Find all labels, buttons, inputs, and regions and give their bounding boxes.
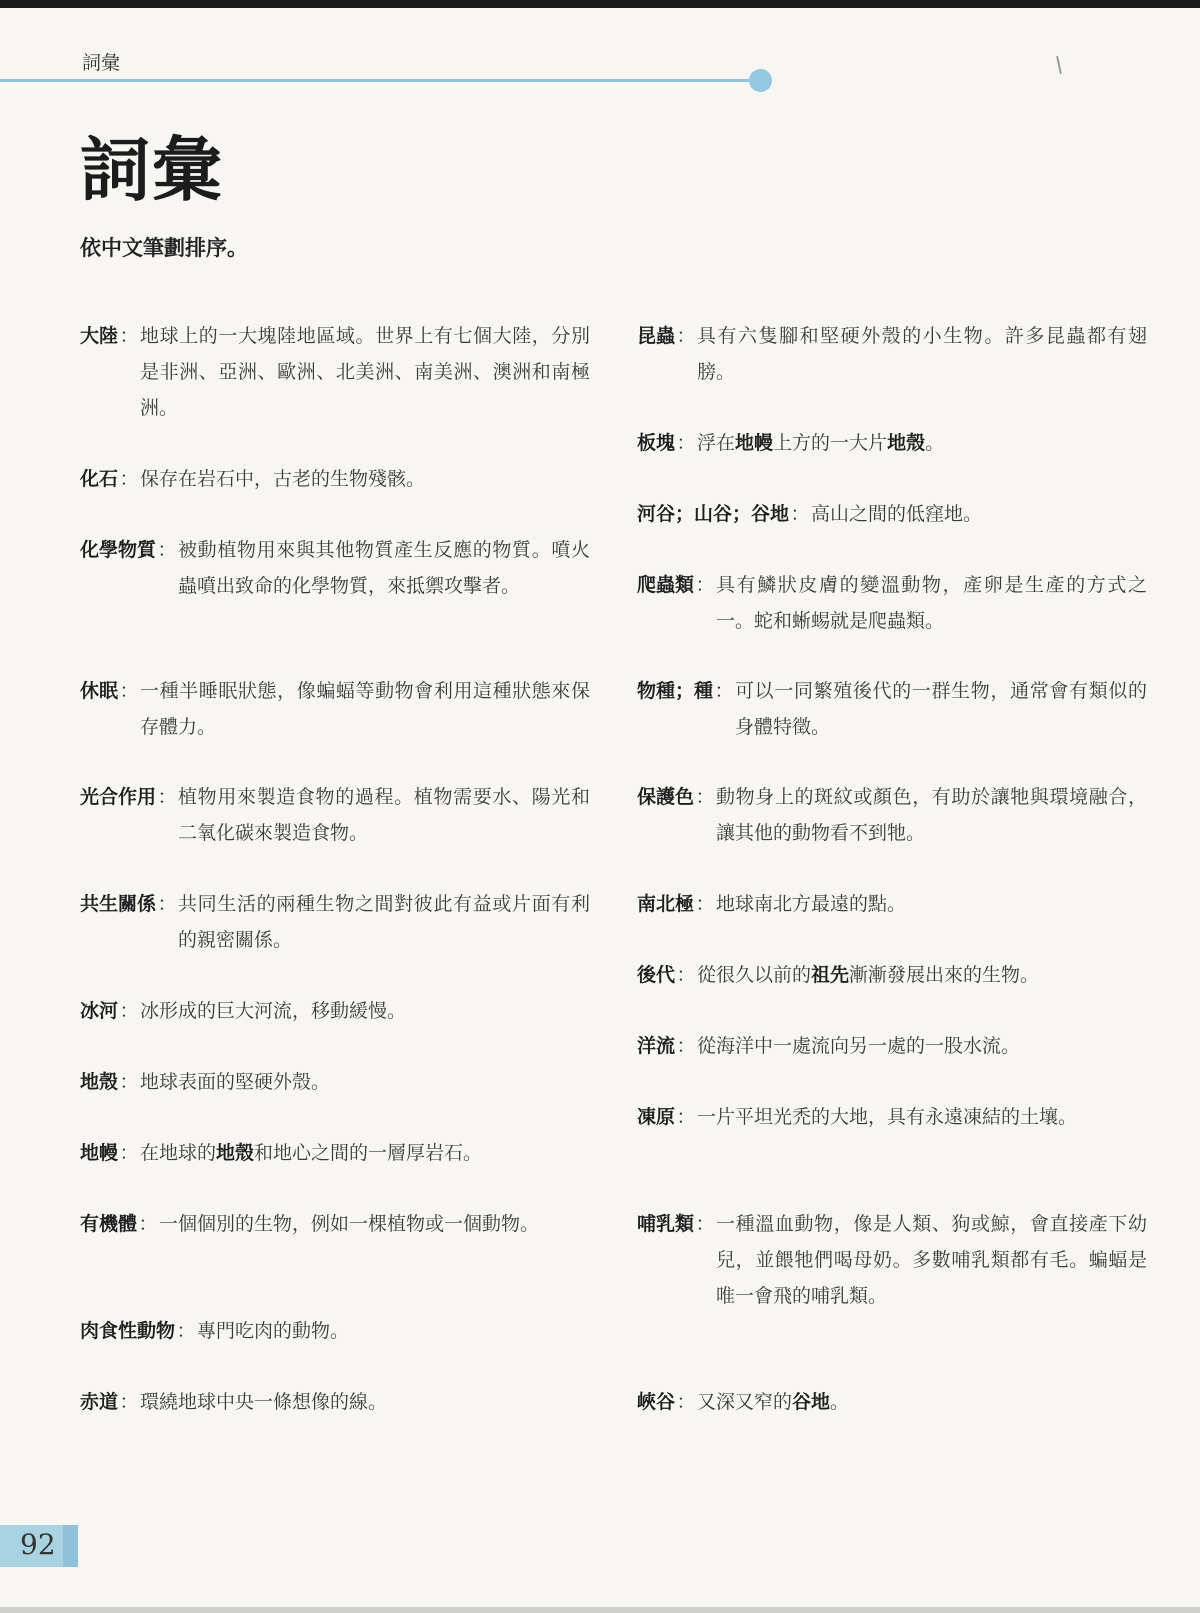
glossary-entry: 峽谷 ： 又深又窄的谷地。 <box>637 1384 1147 1420</box>
separator: ： <box>118 318 140 354</box>
page-number: 92 <box>20 1528 56 1561</box>
separator: ： <box>713 673 735 709</box>
glossary-term: 爬蟲類 <box>637 567 694 603</box>
glossary-definition: 在地球的地殼和地心之間的一層厚岩石。 <box>140 1135 590 1171</box>
glossary-definition: 一片平坦光禿的大地，具有永遠凍結的土壤。 <box>697 1099 1147 1135</box>
glossary-definition: 高山之間的低窪地。 <box>811 496 1147 532</box>
glossary-term: 赤道 <box>80 1384 118 1420</box>
glossary-term: 大陸 <box>80 318 118 354</box>
separator: ： <box>675 1384 697 1420</box>
glossary-entry: 洋流 ： 從海洋中一處流向另一處的一股水流。 <box>637 1028 1147 1064</box>
scan-bottom-edge <box>0 1607 1200 1613</box>
glossary-entry: 有機體 ： 一個個別的生物，例如一棵植物或一個動物。 <box>80 1206 590 1242</box>
sort-order-note: 依中文筆劃排序。 <box>80 232 248 262</box>
separator: ： <box>118 1064 140 1100</box>
glossary-entry: 冰河 ： 冰形成的巨大河流，移動緩慢。 <box>80 993 590 1029</box>
glossary-term: 休眠 <box>80 673 118 709</box>
glossary-term: 有機體 <box>80 1206 137 1242</box>
glossary-definition: 一種溫血動物，像是人類、狗或鯨，會直接產下幼兒，並餵牠們喝母奶。多數哺乳類都有毛… <box>716 1206 1147 1314</box>
glossary-definition: 保存在岩石中，古老的生物殘骸。 <box>140 461 590 497</box>
glossary-definition: 地球上的一大塊陸地區域。世界上有七個大陸，分別是非洲、亞洲、歐洲、北美洲、南美洲… <box>140 318 590 426</box>
glossary-definition: 一種半睡眠狀態，像蝙蝠等動物會利用這種狀態來保存體力。 <box>140 673 590 745</box>
glossary-term: 物種；種 <box>637 673 713 709</box>
glossary-term: 哺乳類 <box>637 1206 694 1242</box>
separator: ： <box>156 886 178 922</box>
glossary-term: 峽谷 <box>637 1384 675 1420</box>
separator: ： <box>694 1206 716 1242</box>
glossary-definition: 具有鱗狀皮膚的變溫動物，產卵是生產的方式之一。蛇和蜥蜴就是爬蟲類。 <box>716 567 1147 639</box>
glossary-entry: 地殼 ： 地球表面的堅硬外殼。 <box>80 1064 590 1100</box>
glossary-definition: 一個個別的生物，例如一棵植物或一個動物。 <box>159 1206 590 1242</box>
glossary-term: 河谷；山谷；谷地 <box>637 496 789 532</box>
glossary-definition: 專門吃肉的動物。 <box>197 1313 590 1349</box>
glossary-term: 南北極 <box>637 886 694 922</box>
separator: ： <box>675 425 697 461</box>
separator: ： <box>789 496 811 532</box>
glossary-entry: 化石 ： 保存在岩石中，古老的生物殘骸。 <box>80 461 590 497</box>
separator: ： <box>118 1384 140 1420</box>
separator: ： <box>137 1206 159 1242</box>
separator: ： <box>156 532 178 568</box>
glossary-entry: 赤道 ： 環繞地球中央一條想像的線。 <box>80 1384 590 1420</box>
glossary-definition: 環繞地球中央一條想像的線。 <box>140 1384 590 1420</box>
page-number-tab: 92 <box>0 1525 78 1567</box>
scan-top-edge <box>0 0 1200 8</box>
glossary-definition: 動物身上的斑紋或顏色，有助於讓牠與環境融合，讓其他的動物看不到牠。 <box>716 779 1147 851</box>
glossary-entry: 河谷；山谷；谷地 ： 高山之間的低窪地。 <box>637 496 1147 532</box>
glossary-term: 化學物質 <box>80 532 156 568</box>
glossary-term: 地殼 <box>80 1064 118 1100</box>
glossary-entry: 物種；種 ： 可以一同繁殖後代的一群生物，通常會有類似的身體特徵。 <box>637 673 1147 745</box>
glossary-entry: 休眠 ： 一種半睡眠狀態，像蝙蝠等動物會利用這種狀態來保存體力。 <box>80 673 590 745</box>
cross-reference-term: 地殼 <box>216 1142 254 1164</box>
glossary-term: 地幔 <box>80 1135 118 1171</box>
glossary-definition: 共同生活的兩種生物之間對彼此有益或片面有利的親密關係。 <box>178 886 590 958</box>
glossary-entry: 共生關係 ： 共同生活的兩種生物之間對彼此有益或片面有利的親密關係。 <box>80 886 590 958</box>
separator: ： <box>675 1028 697 1064</box>
separator: ： <box>118 673 140 709</box>
glossary-term: 凍原 <box>637 1099 675 1135</box>
glossary-definition: 從海洋中一處流向另一處的一股水流。 <box>697 1028 1147 1064</box>
glossary-definition: 地球南北方最遠的點。 <box>716 886 1147 922</box>
glossary-term: 板塊 <box>637 425 675 461</box>
glossary-term: 光合作用 <box>80 779 156 815</box>
glossary-entry: 化學物質 ： 被動植物用來與其他物質產生反應的物質。噴火蟲噴出致命的化學物質，來… <box>80 532 590 604</box>
glossary-term: 冰河 <box>80 993 118 1029</box>
cross-reference-term: 地殼 <box>887 432 925 454</box>
glossary-definition: 具有六隻腳和堅硬外殼的小生物。許多昆蟲都有翅膀。 <box>697 318 1147 390</box>
header-rule <box>0 79 755 82</box>
glossary-definition: 植物用來製造食物的過程。植物需要水、陽光和二氧化碳來製造食物。 <box>178 779 590 851</box>
glossary-definition: 可以一同繁殖後代的一群生物，通常會有類似的身體特徵。 <box>735 673 1147 745</box>
cross-reference-term: 祖先 <box>811 964 849 986</box>
glossary-term: 洋流 <box>637 1028 675 1064</box>
glossary-term: 化石 <box>80 461 118 497</box>
glossary-entry: 板塊 ： 浮在地幔上方的一大片地殼。 <box>637 425 1147 461</box>
cross-reference-term: 谷地 <box>792 1391 830 1413</box>
glossary-definition: 浮在地幔上方的一大片地殼。 <box>697 425 1147 461</box>
cross-reference-term: 地幔 <box>735 432 773 454</box>
glossary-entry: 肉食性動物 ： 專門吃肉的動物。 <box>80 1313 590 1349</box>
glossary-definition: 從很久以前的祖先漸漸發展出來的生物。 <box>697 957 1147 993</box>
glossary-definition: 又深又窄的谷地。 <box>697 1384 1147 1420</box>
glossary-entry: 爬蟲類 ： 具有鱗狀皮膚的變溫動物，產卵是生產的方式之一。蛇和蜥蜴就是爬蟲類。 <box>637 567 1147 639</box>
glossary-entry: 保護色 ： 動物身上的斑紋或顏色，有助於讓牠與環境融合，讓其他的動物看不到牠。 <box>637 779 1147 851</box>
separator: ： <box>675 318 697 354</box>
glossary-definition: 冰形成的巨大河流，移動緩慢。 <box>140 993 590 1029</box>
glossary-entry: 凍原 ： 一片平坦光禿的大地，具有永遠凍結的土壤。 <box>637 1099 1147 1135</box>
glossary-entry: 大陸 ： 地球上的一大塊陸地區域。世界上有七個大陸，分別是非洲、亞洲、歐洲、北美… <box>80 318 590 426</box>
separator: ： <box>118 461 140 497</box>
separator: ： <box>175 1313 197 1349</box>
page-tab-edge <box>63 1525 78 1567</box>
glossary-term: 後代 <box>637 957 675 993</box>
separator: ： <box>156 779 178 815</box>
separator: ： <box>118 993 140 1029</box>
header-rule-dot <box>749 69 772 92</box>
glossary-entry: 地幔 ： 在地球的地殼和地心之間的一層厚岩石。 <box>80 1135 590 1171</box>
separator: ： <box>118 1135 140 1171</box>
separator: ： <box>694 886 716 922</box>
glossary-entry: 哺乳類 ： 一種溫血動物，像是人類、狗或鯨，會直接產下幼兒，並餵牠們喝母奶。多數… <box>637 1206 1147 1314</box>
running-head: 詞彙 <box>82 48 120 75</box>
glossary-term: 共生關係 <box>80 886 156 922</box>
separator: ： <box>675 1099 697 1135</box>
glossary-definition: 地球表面的堅硬外殼。 <box>140 1064 590 1100</box>
glossary-entry: 昆蟲 ： 具有六隻腳和堅硬外殼的小生物。許多昆蟲都有翅膀。 <box>637 318 1147 390</box>
glossary-definition: 被動植物用來與其他物質產生反應的物質。噴火蟲噴出致命的化學物質，來抵禦攻擊者。 <box>178 532 590 604</box>
separator: ： <box>694 779 716 815</box>
separator: ： <box>694 567 716 603</box>
glossary-term: 昆蟲 <box>637 318 675 354</box>
glossary-term: 肉食性動物 <box>80 1313 175 1349</box>
glossary-entry: 光合作用 ： 植物用來製造食物的過程。植物需要水、陽光和二氧化碳來製造食物。 <box>80 779 590 851</box>
glossary-entry: 後代 ： 從很久以前的祖先漸漸發展出來的生物。 <box>637 957 1147 993</box>
glossary-entry: 南北極 ： 地球南北方最遠的點。 <box>637 886 1147 922</box>
glossary-term: 保護色 <box>637 779 694 815</box>
page-title: 詞彙 <box>80 114 224 215</box>
separator: ： <box>675 957 697 993</box>
scan-mark <box>1056 56 1062 74</box>
